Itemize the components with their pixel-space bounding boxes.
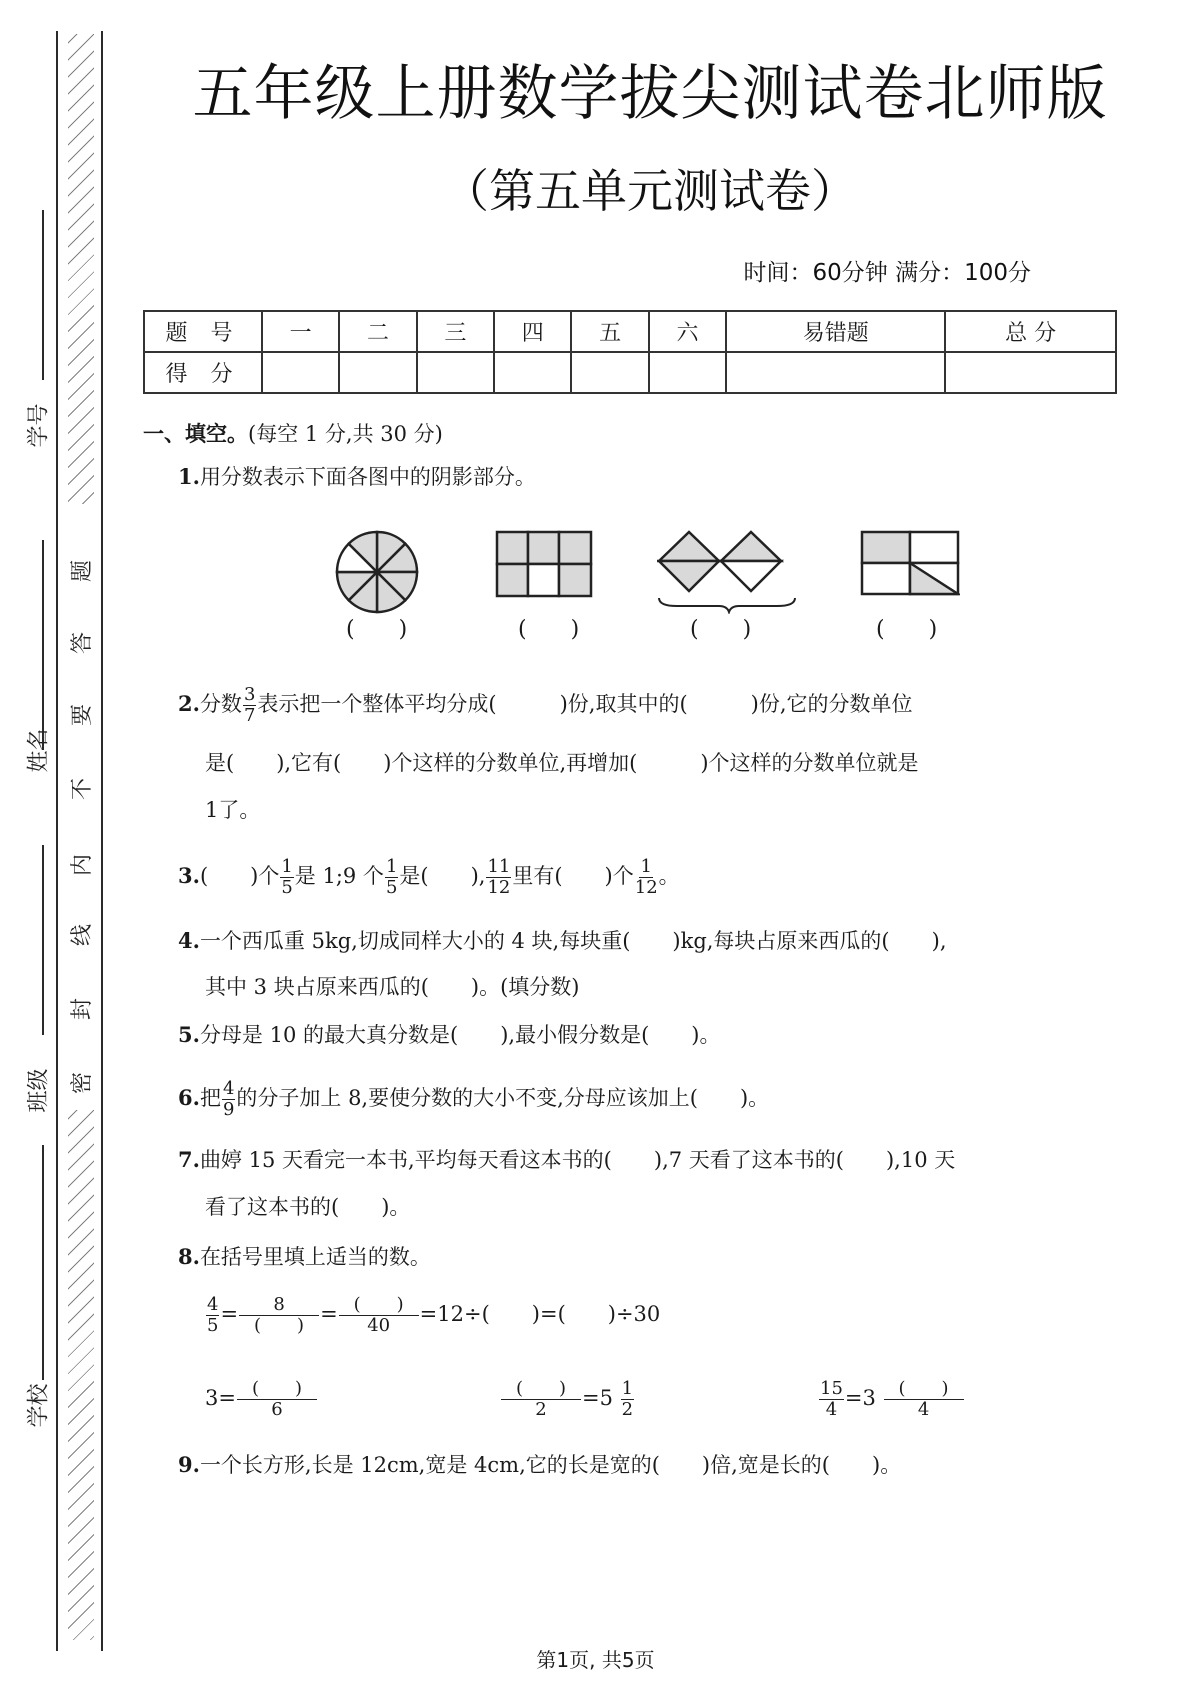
- answer-blank-4[interactable]: ( ): [876, 612, 937, 643]
- fraction: 12: [621, 1380, 634, 1419]
- numerator: 1: [280, 858, 293, 878]
- score-input-cell[interactable]: [494, 352, 571, 393]
- school-label: 学校: [22, 1394, 53, 1428]
- question-text: 是 1;9 个: [295, 864, 384, 888]
- question-7-line-2: 看了这本书的( )。: [205, 1192, 410, 1222]
- question-4-line-2: 其中 3 块占原来西瓜的( )。(填分数): [205, 972, 579, 1002]
- equation-text: =12÷( )=( )÷30: [420, 1302, 661, 1326]
- fraction: 112: [635, 858, 658, 897]
- question-number: 7.: [178, 1147, 200, 1172]
- question-9: 9.一个长方形,长是 12cm,宽是 4cm,它的长是宽的( )倍,宽是长的( …: [178, 1450, 901, 1480]
- student-id-label: 学号: [22, 414, 53, 448]
- equation-text: =3: [845, 1386, 876, 1410]
- question-number: 1.: [178, 464, 200, 489]
- score-table-score-row: 得 分: [144, 352, 1116, 393]
- section-heading: 一、填空。(每空 1 分,共 30 分): [143, 418, 443, 448]
- school-line[interactable]: [42, 1145, 44, 1380]
- score-cell-header: 二: [339, 311, 416, 352]
- score-cell-header: 五: [571, 311, 648, 352]
- page-subtitle: （第五单元测试卷）: [110, 155, 1190, 221]
- name-label: 姓名: [22, 739, 53, 773]
- score-table: 题 号 一 二 三 四 五 六 易错题 总 分 得 分: [143, 310, 1117, 394]
- numerator-blank[interactable]: ( ): [501, 1380, 581, 1400]
- equation-3: ( )2=5 12: [500, 1380, 635, 1419]
- denominator: 4: [884, 1400, 964, 1419]
- score-cell-header: 三: [417, 311, 494, 352]
- numerator: 11: [486, 858, 511, 878]
- name-line[interactable]: [42, 540, 44, 750]
- question-3: 3.( )个15是 1;9 个15是( ),1112里有( )个112。: [178, 858, 680, 897]
- equation-text: 3=: [205, 1386, 236, 1410]
- question-number: 5.: [178, 1022, 200, 1047]
- question-text: 一个长方形,长是 12cm,宽是 4cm,它的长是宽的( )倍,宽是长的( )。: [200, 1453, 901, 1477]
- section-note: (每空 1 分,共 30 分): [248, 422, 443, 446]
- fraction: 49: [222, 1080, 235, 1119]
- question-text: 表示把一个整体平均分成( )份,取其中的( )份,它的分数单位: [257, 692, 912, 716]
- question-text: ( )个: [200, 864, 279, 888]
- score-input-cell[interactable]: [649, 352, 726, 393]
- student-id-line[interactable]: [42, 210, 44, 380]
- seal-char: 封: [70, 996, 96, 1022]
- question-text: 里有( )个: [512, 864, 633, 888]
- question-text: 分母是 10 的最大真分数是( ),最小假分数是( )。: [200, 1023, 721, 1047]
- class-line[interactable]: [42, 845, 44, 1035]
- question-number: 9.: [178, 1452, 200, 1477]
- question-8: 8.在括号里填上适当的数。: [178, 1242, 431, 1272]
- fraction: ( )2: [501, 1380, 581, 1419]
- fraction: 15: [280, 858, 293, 897]
- question-text: 是( ),: [399, 864, 485, 888]
- score-table-header-row: 题 号 一 二 三 四 五 六 易错题 总 分: [144, 311, 1116, 352]
- question-5: 5.分母是 10 的最大真分数是( ),最小假分数是( )。: [178, 1020, 720, 1050]
- denominator: 9: [223, 1100, 234, 1119]
- question-2-line-2: 是( ),它有( )个这样的分数单位,再增加( )个这样的分数单位就是: [205, 748, 919, 778]
- question-number: 6.: [178, 1085, 200, 1110]
- question-text: 分数: [200, 692, 242, 716]
- denominator: 7: [244, 706, 255, 725]
- denominator: 12: [487, 878, 510, 897]
- score-cell-header: 易错题: [726, 311, 945, 352]
- hatch-pattern: [68, 34, 94, 504]
- numerator-blank[interactable]: ( ): [339, 1296, 419, 1316]
- question-text: 曲婷 15 天看完一本书,平均每天看这本书的( ),7 天看了这本书的( ),1…: [200, 1148, 955, 1172]
- equation-2: 3=( )6: [205, 1380, 318, 1419]
- seal-char: 题: [70, 558, 96, 584]
- denominator: 5: [207, 1316, 218, 1335]
- numerator: 8: [239, 1296, 319, 1316]
- numerator-blank[interactable]: ( ): [237, 1380, 317, 1400]
- denominator: 40: [339, 1316, 419, 1335]
- seal-char: 线: [70, 922, 96, 948]
- rectangle-grid-figure-icon: [495, 530, 593, 598]
- fraction: 8( ): [239, 1296, 319, 1335]
- score-input-cell[interactable]: [571, 352, 648, 393]
- question-number: 3.: [178, 863, 200, 888]
- question-6: 6.把49的分子加上 8,要使分数的大小不变,分母应该加上( )。: [178, 1080, 769, 1119]
- denominator: 2: [501, 1400, 581, 1419]
- fraction: 1112: [486, 858, 511, 897]
- answer-blank-3[interactable]: ( ): [690, 612, 751, 643]
- question-text: 把: [200, 1086, 221, 1110]
- fraction: ( )40: [339, 1296, 419, 1335]
- page-title: 五年级上册数学拔尖测试卷北师版: [110, 46, 1190, 132]
- section-title: 一、填空。: [143, 422, 248, 446]
- exam-meta: 时间：60分钟 满分：100分: [744, 254, 1031, 287]
- denominator: 4: [826, 1400, 837, 1419]
- fraction: 45: [206, 1296, 219, 1335]
- equation-4: 154=3 ( )4: [818, 1380, 965, 1419]
- question-number: 4.: [178, 928, 200, 953]
- seal-char: 内: [70, 852, 96, 878]
- equation-1: 45=8( )=( )40=12÷( )=( )÷30: [205, 1296, 660, 1335]
- numerator-blank[interactable]: ( ): [884, 1380, 964, 1400]
- page-number: 第1页, 共5页: [0, 1644, 1191, 1673]
- numerator: 4: [222, 1080, 235, 1100]
- seal-char: 要: [70, 702, 96, 728]
- numerator: 3: [243, 686, 256, 706]
- question-4: 4.一个西瓜重 5kg,切成同样大小的 4 块,每块重( )kg,每块占原来西瓜…: [178, 926, 947, 956]
- score-input-cell[interactable]: [726, 352, 945, 393]
- numerator: 4: [206, 1296, 219, 1316]
- score-input-cell[interactable]: [417, 352, 494, 393]
- question-1: 1.用分数表示下面各图中的阴影部分。: [178, 462, 536, 492]
- score-cell-header: 四: [494, 311, 571, 352]
- score-cell-label: 题 号: [144, 311, 262, 352]
- score-input-cell[interactable]: [945, 352, 1116, 393]
- fraction: 37: [243, 686, 256, 725]
- question-text: 在括号里填上适当的数。: [200, 1245, 431, 1269]
- question-text: 的分子加上 8,要使分数的大小不变,分母应该加上( )。: [236, 1086, 769, 1110]
- score-cell-header: 总 分: [945, 311, 1116, 352]
- numerator: 1: [639, 858, 652, 878]
- score-input-cell[interactable]: [262, 352, 339, 393]
- seal-char: 密: [70, 1070, 96, 1096]
- fraction: ( )6: [237, 1380, 317, 1419]
- question-number: 2.: [178, 691, 200, 716]
- answer-blank-1[interactable]: ( ): [346, 612, 407, 643]
- denominator: 2: [622, 1400, 633, 1419]
- square-split-figure-icon: [860, 530, 960, 596]
- binding-margin: 题 答 要 不 内 线 封 密 学号 姓名 班级 学校: [0, 0, 110, 1684]
- hatch-pattern: [68, 1110, 94, 1640]
- denominator: 6: [237, 1400, 317, 1419]
- seal-char: 不: [70, 776, 96, 802]
- class-label: 班级: [22, 1079, 53, 1113]
- fraction: ( )4: [884, 1380, 964, 1419]
- score-cell-label: 得 分: [144, 352, 262, 393]
- question-text: 。: [659, 864, 680, 888]
- score-input-cell[interactable]: [339, 352, 416, 393]
- equation-text: =5: [582, 1386, 613, 1410]
- question-7: 7.曲婷 15 天看完一本书,平均每天看这本书的( ),7 天看了这本书的( )…: [178, 1145, 955, 1175]
- binding-line-inner: [101, 31, 103, 1651]
- seal-char: 答: [70, 630, 96, 656]
- question-2: 2.分数37表示把一个整体平均分成( )份,取其中的( )份,它的分数单位: [178, 686, 913, 725]
- fraction: 15: [385, 858, 398, 897]
- denominator-blank[interactable]: ( ): [239, 1316, 319, 1335]
- numerator: 15: [819, 1380, 844, 1400]
- numerator: 1: [385, 858, 398, 878]
- question-number: 8.: [178, 1244, 200, 1269]
- score-cell-header: 一: [262, 311, 339, 352]
- denominator: 12: [635, 878, 658, 897]
- binding-line-outer: [56, 31, 58, 1651]
- question-2-line-3: 1了。: [205, 795, 260, 825]
- question-text: 用分数表示下面各图中的阴影部分。: [200, 465, 536, 489]
- numerator: 1: [621, 1380, 634, 1400]
- diamonds-figure-icon: [657, 530, 797, 614]
- answer-blank-2[interactable]: ( ): [518, 612, 579, 643]
- denominator: 5: [386, 878, 397, 897]
- fraction: 154: [819, 1380, 844, 1419]
- circle-figure-icon: [335, 530, 419, 614]
- score-cell-header: 六: [649, 311, 726, 352]
- denominator: 5: [281, 878, 292, 897]
- question-text: 一个西瓜重 5kg,切成同样大小的 4 块,每块重( )kg,每块占原来西瓜的(…: [200, 929, 947, 953]
